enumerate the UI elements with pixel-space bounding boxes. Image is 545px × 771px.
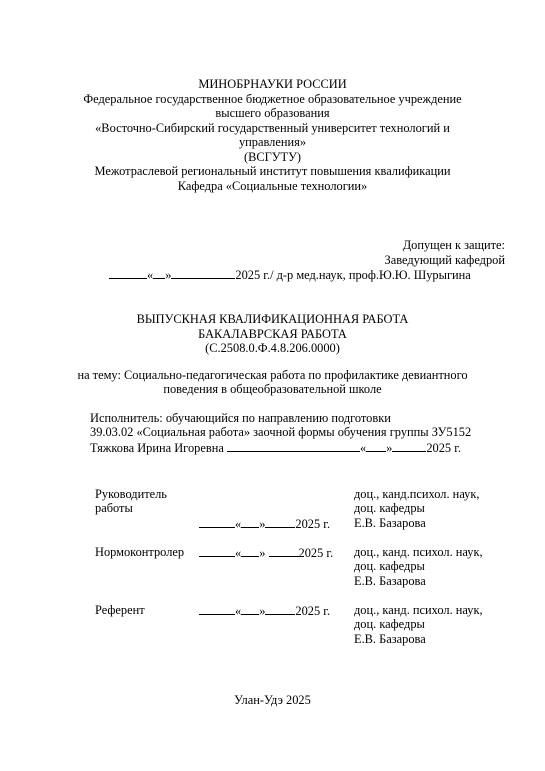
executor-line2: 39.03.02 «Социальная работа» заочной фор… (90, 425, 471, 440)
city-year: Улан-Удэ 2025 (0, 693, 545, 708)
institute-name: Межотраслевой региональный институт повы… (0, 164, 545, 179)
institution-type-line2: высшего образования (0, 106, 545, 121)
university-abbreviation: (ВСГУТУ) (0, 150, 545, 165)
executor-name-line: Тяжкова Ирина Игоревна «»2025 г. (90, 440, 461, 456)
signatory-name: Е.В. Базарова (354, 632, 426, 647)
year: 2025 г. (299, 546, 334, 560)
signature-blank (199, 516, 235, 528)
work-subtype-title: БАКАЛАВРСКАЯ РАБОТА (0, 327, 545, 342)
date-signature-line: «»2025 г. (199, 603, 330, 619)
month-blank (265, 603, 295, 615)
academic-title: доц., канд. психол. наук, (354, 603, 483, 618)
topic-line1: на тему: Социально-педагогическая работа… (0, 368, 545, 383)
work-type-title: ВЫПУСКНАЯ КВАЛИФИКАЦИОННАЯ РАБОТА (0, 312, 545, 327)
signatory-name: Е.В. Базарова (354, 574, 426, 589)
position: доц. кафедры (354, 559, 425, 574)
signature-blank (199, 545, 235, 557)
university-name-line1: «Восточно-Сибирский государственный унив… (0, 121, 545, 136)
executor-name: Тяжкова Ирина Игоревна (90, 441, 224, 455)
ministry-name: МИНОБРНАУКИ РОССИИ (0, 77, 545, 92)
executor-line1: Исполнитель: обучающийся по направлению … (90, 411, 391, 426)
date-signature-line: «» 2025 г. (199, 545, 333, 561)
role-label: Референт (95, 603, 145, 618)
head-of-department-label: Заведующий кафедрой (385, 253, 506, 268)
year: 2025 г. (295, 604, 330, 618)
signature-blank (109, 267, 147, 279)
department-name: Кафедра «Социальные технологии» (0, 179, 545, 194)
signature-blank (199, 603, 235, 615)
role-label-cont: работы (95, 501, 133, 516)
signature-blank (227, 440, 360, 452)
approval-signature-line: «»2025 г./ д-р мед.наук, проф.Ю.Ю. Шурыг… (109, 267, 471, 283)
university-name-line2: управления» (0, 135, 545, 150)
close-quote: » (259, 546, 265, 560)
institution-type-line1: Федеральное государственное бюджетное об… (0, 92, 545, 107)
executor-year: 2025 г. (426, 441, 461, 455)
day-blank (241, 545, 259, 557)
year: 2025 г. (295, 517, 330, 531)
position: доц. кафедры (354, 617, 425, 632)
date-signature-line: «»2025 г. (199, 516, 330, 532)
day-blank (366, 440, 386, 452)
day-blank (153, 267, 165, 279)
day-blank (241, 603, 259, 615)
month-blank (171, 267, 235, 279)
position: доц. кафедры (354, 501, 425, 516)
work-code: (С.2508.0.Ф.4.8.206.0000) (0, 341, 545, 356)
role-label: Нормоконтролер (95, 545, 184, 560)
month-blank (269, 545, 299, 557)
day-blank (241, 516, 259, 528)
month-blank (265, 516, 295, 528)
academic-title: доц., канд.психол. наук, (354, 487, 480, 502)
month-blank (392, 440, 426, 452)
approval-year-name: 2025 г./ д-р мед.наук, проф.Ю.Ю. Шурыгин… (235, 268, 470, 282)
academic-title: доц., канд. психол. наук, (354, 545, 483, 560)
role-label: Руководитель (95, 487, 167, 502)
signatory-name: Е.В. Базарова (354, 516, 426, 531)
topic-line2: поведения в общеобразовательной школе (0, 382, 545, 397)
admitted-label: Допущен к защите: (403, 238, 505, 253)
